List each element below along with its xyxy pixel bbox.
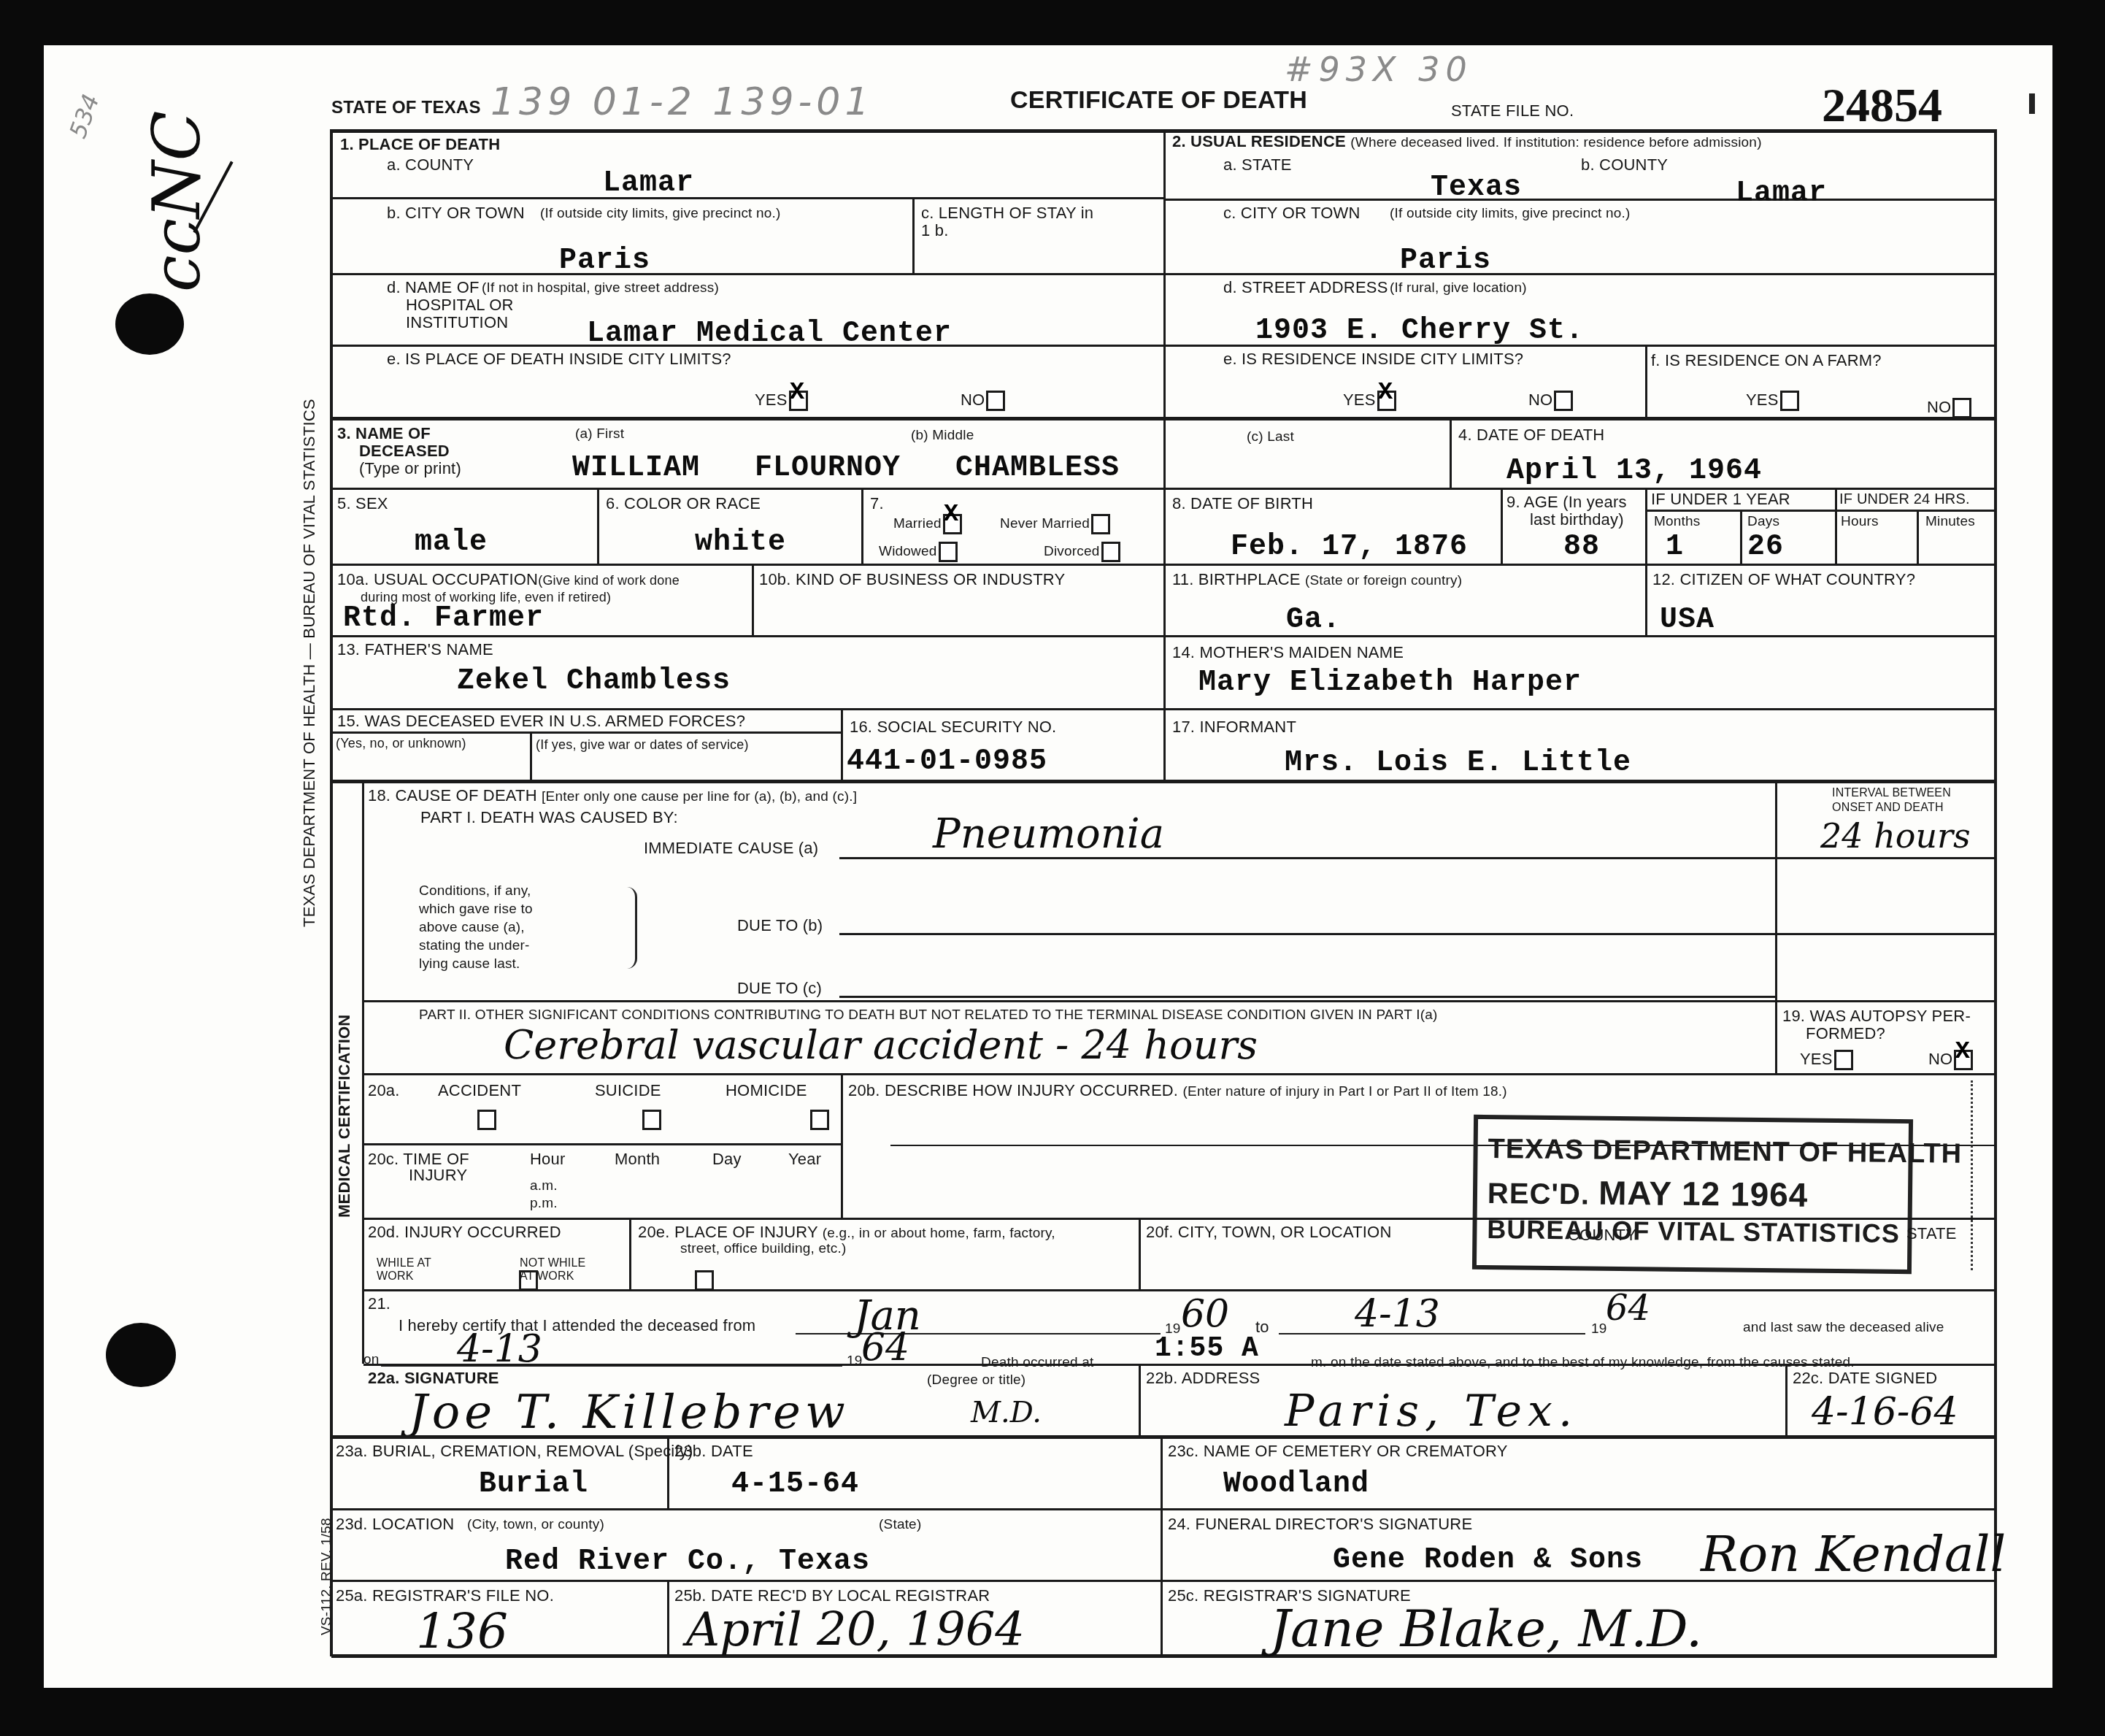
race-label: 6. COLOR OR RACE xyxy=(606,495,761,512)
divider-10b xyxy=(752,565,754,637)
pm-label: p.m. xyxy=(530,1196,558,1211)
checkbox-yes-checked[interactable] xyxy=(789,391,808,411)
injury-occurred-label: 20d. INJURY OCCURRED xyxy=(368,1224,561,1241)
occupation-value: Rtd. Farmer xyxy=(343,603,544,635)
funeral-director-value: Gene Roden & Sons xyxy=(1333,1545,1643,1577)
describe-label-text: 20b. DESCRIBE HOW INJURY OCCURRED. xyxy=(848,1081,1178,1099)
date-of-death-label: 4. DATE OF DEATH xyxy=(1458,426,1604,444)
signature-label: 22a. SIGNATURE xyxy=(368,1370,499,1387)
line-21 xyxy=(363,1289,1994,1291)
autopsy-label: 19. WAS AUTOPSY PER- xyxy=(1782,1007,1971,1025)
line-1e xyxy=(333,417,1994,420)
inside-city-limits-label: e. IS PLACE OF DEATH INSIDE CITY LIMITS? xyxy=(387,350,731,368)
yes-text: YES xyxy=(1800,1050,1833,1068)
county-label: a. COUNTY xyxy=(387,156,474,174)
checkbox-no-checked[interactable] xyxy=(1954,1050,1973,1070)
name-of-deceased-label-2: DECEASED xyxy=(359,442,450,460)
under-24-hrs-label: IF UNDER 24 HRS. xyxy=(1839,491,1970,508)
checkbox-yes[interactable] xyxy=(1834,1050,1853,1070)
res-county-label: b. COUNTY xyxy=(1581,156,1668,174)
location-value: Red River Co., Texas xyxy=(505,1546,870,1578)
checkbox-no[interactable] xyxy=(1554,391,1573,411)
line-1a xyxy=(333,197,1163,199)
injury-state-label: STATE xyxy=(1906,1225,1957,1243)
due-to-b-label: DUE TO (b) xyxy=(737,917,823,934)
injury-county-label: COUNTY xyxy=(1568,1226,1636,1244)
birthplace-label: 11. BIRTHPLACE (State or foreign country… xyxy=(1172,571,1462,590)
due-to-c-label: DUE TO (c) xyxy=(737,980,822,997)
county-value: Lamar xyxy=(603,168,694,200)
handwritten-margin-note: ccNC xyxy=(139,111,215,292)
line-23 xyxy=(331,1435,1997,1439)
place-of-injury-hint-2: street, office building, etc.) xyxy=(680,1241,846,1256)
pencil-file-note: #93X 30 xyxy=(1285,50,1473,89)
part2-value: Cerebral vascular accident - 24 hours xyxy=(504,1022,1258,1068)
immediate-cause-value: Pneumonia xyxy=(933,810,1164,858)
medical-inner-border xyxy=(362,781,364,1364)
divider-2f xyxy=(1645,345,1647,418)
divider-20e xyxy=(629,1219,631,1289)
divider-1-2 xyxy=(1163,131,1166,490)
due-to-b-line xyxy=(839,933,1994,935)
mother-label: 14. MOTHER'S MAIDEN NAME xyxy=(1172,644,1404,661)
hospital-label-3: INSTITUTION xyxy=(406,314,508,331)
handwritten-code: 139 01-2 139-01 xyxy=(490,80,874,124)
death-inside-limits-no[interactable]: NO xyxy=(961,391,1005,411)
suicide-checkbox[interactable] xyxy=(642,1110,661,1130)
birthplace-value: Ga. xyxy=(1286,604,1341,637)
res-street-label: d. STREET ADDRESS xyxy=(1223,279,1388,296)
res-city-label: c. CITY OR TOWN xyxy=(1223,204,1361,222)
armed-forces-hint-1: (Yes, no, or unknown) xyxy=(336,736,466,751)
informant-value: Mrs. Lois E. Little xyxy=(1285,748,1631,780)
registrar-date-value: April 20, 1964 xyxy=(686,1603,1025,1657)
physician-signature: Joe T. Killebrew xyxy=(409,1386,850,1440)
res-state-value: Texas xyxy=(1431,172,1522,204)
time-of-injury-label-2: INJURY xyxy=(409,1167,467,1184)
res-farm-yes[interactable]: YES xyxy=(1746,391,1799,411)
mother-value: Mary Elizabeth Harper xyxy=(1198,667,1582,699)
cert-from-line xyxy=(796,1333,1161,1334)
burial-date-value: 4-15-64 xyxy=(731,1469,859,1501)
name-type-or-print: (Type or print) xyxy=(359,460,461,477)
conditions-note-1: Conditions, if any, xyxy=(419,883,531,899)
line-22 xyxy=(363,1364,1994,1366)
dob-value: Feb. 17, 1876 xyxy=(1231,531,1468,564)
conditions-note-5: lying cause last. xyxy=(419,956,520,972)
sex-label: 5. SEX xyxy=(337,495,388,512)
length-of-stay-label: c. LENGTH OF STAY in 1 b. xyxy=(921,204,1104,239)
checkbox-divorced[interactable] xyxy=(1101,542,1120,562)
widowed-text: Widowed xyxy=(879,544,937,559)
never-married-text: Never Married xyxy=(1000,516,1090,531)
cert-text-2: and last saw the deceased alive xyxy=(1743,1320,1944,1335)
months-label: Months xyxy=(1654,514,1701,529)
res-county-value: Lamar xyxy=(1736,178,1827,210)
part2-label: PART II. OTHER SIGNIFICANT CONDITIONS CO… xyxy=(419,1007,1438,1023)
city-hint: (If outside city limits, give precinct n… xyxy=(540,206,781,221)
line-15 xyxy=(333,780,1994,783)
line-under1-sub xyxy=(1647,510,1994,512)
divider-under24 xyxy=(1835,489,1837,565)
punch-hole-bottom xyxy=(106,1323,176,1387)
place-of-death-title: 1. PLACE OF DEATH xyxy=(340,136,500,153)
marital-label: 7. xyxy=(870,495,884,512)
marital-married[interactable]: Married xyxy=(893,514,962,534)
cemetery-value: Woodland xyxy=(1223,1469,1369,1501)
marital-never-married[interactable]: Never Married xyxy=(1000,514,1110,534)
hospital-label-2: HOSPITAL OR xyxy=(406,296,514,314)
dob-label: 8. DATE OF BIRTH xyxy=(1172,495,1313,512)
sex-value: male xyxy=(415,527,488,559)
stamp-date: MAY 12 1964 xyxy=(1598,1174,1809,1214)
checkbox-no[interactable] xyxy=(1952,398,1971,418)
res-city-value: Paris xyxy=(1400,245,1491,277)
father-value: Zekel Chambless xyxy=(457,666,731,698)
accident-checkbox[interactable] xyxy=(477,1110,496,1130)
autopsy-no[interactable]: NO xyxy=(1928,1050,1973,1070)
date-signed-label: 22c. DATE SIGNED xyxy=(1793,1370,1937,1387)
interval-label-2: ONSET AND DEATH xyxy=(1832,802,1944,815)
race-value: white xyxy=(695,527,786,559)
cause-title-text: 18. CAUSE OF DEATH xyxy=(368,786,537,804)
line-part2 xyxy=(363,1000,1994,1002)
occupation-label: 10a. USUAL OCCUPATION(Give kind of work … xyxy=(337,571,680,589)
checkbox-yes[interactable] xyxy=(1780,391,1799,411)
conditions-note-2: which gave rise to xyxy=(419,902,533,917)
occupation-hint: (Give kind of work done xyxy=(538,573,680,588)
middle-name-label: (b) Middle xyxy=(911,428,974,443)
conditions-note-4: stating the under- xyxy=(419,938,529,953)
no-text: NO xyxy=(1928,1050,1952,1068)
not-while-at-work-checkbox[interactable] xyxy=(695,1270,714,1291)
no-text: NO xyxy=(961,391,985,409)
cert-text-3: m. on the date stated above, and to the … xyxy=(1311,1355,1855,1370)
yes-text: YES xyxy=(1746,391,1779,409)
suicide-label: SUICIDE xyxy=(595,1082,661,1099)
conditions-brace xyxy=(626,887,637,969)
res-inside-limits-yes[interactable]: YES xyxy=(1343,391,1396,411)
degree-label: (Degree or title) xyxy=(927,1372,1025,1388)
month-label: Month xyxy=(615,1151,660,1168)
conditions-note-3: above cause (a), xyxy=(419,920,525,935)
state-of-texas-label: STATE OF TEXAS xyxy=(331,99,481,117)
cert-to-value: 4-13 xyxy=(1355,1292,1440,1336)
death-inside-limits-yes[interactable]: YES xyxy=(755,391,808,411)
form-left-border xyxy=(330,129,333,1656)
line-20d xyxy=(363,1218,1994,1220)
location-state-hint: (State) xyxy=(879,1517,921,1532)
registrar-signature: Jane Blake, M.D. xyxy=(1270,1599,1702,1659)
divider-days xyxy=(1740,511,1742,565)
checkbox-yes-checked[interactable] xyxy=(1377,391,1396,411)
no-text: NO xyxy=(1528,391,1552,409)
last-name-label: (c) Last xyxy=(1247,429,1294,445)
death-time-value: 1:55 A xyxy=(1155,1333,1259,1365)
divider-autopsy xyxy=(1775,1002,1777,1073)
residence-title-text: 2. USUAL RESIDENCE xyxy=(1172,132,1346,150)
line-20a xyxy=(363,1073,1994,1075)
burial-label: 23a. BURIAL, CREMATION, REMOVAL (Specify… xyxy=(336,1443,693,1460)
divider-22c xyxy=(1785,1365,1787,1437)
cause-title-hint: [Enter only one cause per line for (a), … xyxy=(542,789,857,804)
place-of-injury-label: 20e. PLACE OF INJURY (e.g., in or about … xyxy=(638,1224,1055,1243)
days-value: 26 xyxy=(1747,531,1784,564)
usual-residence-title: 2. USUAL RESIDENCE (Where deceased lived… xyxy=(1172,133,1762,152)
res-farm-label: f. IS RESIDENCE ON A FARM? xyxy=(1651,352,1882,369)
res-street-hint: (If rural, give location) xyxy=(1390,280,1527,296)
res-inside-limits-label: e. IS RESIDENCE INSIDE CITY LIMITS? xyxy=(1223,350,1523,368)
hours-label: Hours xyxy=(1841,514,1879,529)
homicide-label: HOMICIDE xyxy=(726,1082,807,1099)
not-while-at-work-text: NOT WHILE AT WORK xyxy=(520,1257,585,1283)
stamp-line-1: TEXAS DEPARTMENT OF HEALTH xyxy=(1488,1134,1962,1170)
line-25 xyxy=(331,1580,1997,1582)
divider-8 xyxy=(1163,489,1166,637)
hour-label: Hour xyxy=(530,1151,566,1168)
age-value: 88 xyxy=(1563,531,1600,564)
form-number-label: VS-112. REV. 1/58 xyxy=(318,1518,336,1635)
deceased-full-name: WILLIAM FLOURNOY CHAMBLESS xyxy=(572,453,1120,485)
city-label: b. CITY OR TOWN xyxy=(387,204,525,222)
business-label: 10b. KIND OF BUSINESS OR INDUSTRY xyxy=(759,571,1065,588)
cert-last-seen-year: 64 xyxy=(861,1326,909,1370)
first-name-label: (a) First xyxy=(575,426,624,442)
place-label-text: 20e. PLACE OF INJURY xyxy=(638,1223,818,1241)
autopsy-label-2: FORMED? xyxy=(1806,1025,1885,1042)
hospital-label: d. NAME OF xyxy=(387,279,480,296)
cert-last-seen-year-prefix: 19 xyxy=(847,1353,863,1369)
date-of-death-value: April 13, 1964 xyxy=(1506,456,1762,488)
physician-address: Paris, Tex. xyxy=(1285,1386,1578,1437)
funeral-director-label: 24. FUNERAL DIRECTOR'S SIGNATURE xyxy=(1168,1516,1472,1533)
form-bottom-border xyxy=(331,1654,1997,1658)
checkbox-no[interactable] xyxy=(986,391,1005,411)
res-inside-limits-no[interactable]: NO xyxy=(1528,391,1573,411)
am-label: a.m. xyxy=(530,1178,558,1194)
registrar-file-label: 25a. REGISTRAR'S FILE NO. xyxy=(336,1587,554,1605)
divider-4 xyxy=(1450,419,1452,489)
ssn-label: 16. SOCIAL SECURITY NO. xyxy=(850,718,1056,736)
res-street-value: 1903 E. Cherry St. xyxy=(1255,315,1584,347)
yes-text: YES xyxy=(1343,391,1376,409)
location-hint: (City, town, or county) xyxy=(467,1517,604,1532)
citizen-value: USA xyxy=(1660,604,1715,637)
year-label: Year xyxy=(788,1151,821,1168)
city-value: Paris xyxy=(559,245,650,277)
occupation-label-text: 10a. USUAL OCCUPATION xyxy=(337,570,538,588)
divider-23c xyxy=(1161,1437,1163,1656)
birthplace-hint: (State or foreign country) xyxy=(1305,573,1462,588)
registrar-file-value: 136 xyxy=(416,1603,508,1659)
date-signed-value: 4-16-64 xyxy=(1812,1390,1958,1434)
file-number-tick xyxy=(2029,93,2035,114)
while-at-work-text: WHILE AT WORK xyxy=(377,1257,431,1283)
medical-certification-label: MEDICAL CERTIFICATION xyxy=(336,1015,353,1218)
injury-type-label: 20a. xyxy=(368,1082,400,1099)
days-label: Days xyxy=(1747,514,1779,529)
divider-7 xyxy=(861,489,863,565)
interval-value: 24 hours xyxy=(1820,816,1971,856)
autopsy-yes[interactable]: YES xyxy=(1800,1050,1853,1070)
homicide-checkbox[interactable] xyxy=(810,1110,829,1130)
divider-minutes xyxy=(1917,511,1919,565)
state-file-number: 24854 xyxy=(1822,80,1942,131)
received-stamp: TEXAS DEPARTMENT OF HEALTH REC'D. MAY 12… xyxy=(1472,1115,1913,1274)
divider-16 xyxy=(841,710,843,781)
funeral-director-signature: Ron Kendall xyxy=(1701,1526,2006,1583)
armed-forces-label: 15. WAS DECEASED EVER IN U.S. ARMED FORC… xyxy=(337,713,745,730)
death-occurred-label: Death occurred at xyxy=(981,1355,1093,1370)
line-1d xyxy=(333,345,1994,347)
yes-text: YES xyxy=(755,391,788,409)
day-label: Day xyxy=(712,1151,742,1168)
divider-22b xyxy=(1139,1365,1141,1437)
cert-to-year-prefix: 19 xyxy=(1591,1321,1607,1337)
immediate-cause-label: IMMEDIATE CAUSE (a) xyxy=(644,840,818,857)
burial-date-label: 23b. DATE xyxy=(674,1443,753,1460)
describe-injury-label: 20b. DESCRIBE HOW INJURY OCCURRED. (Ente… xyxy=(848,1082,1507,1101)
physician-degree: M.D. xyxy=(971,1396,1042,1429)
minutes-label: Minutes xyxy=(1925,514,1975,529)
line-2a xyxy=(1166,199,1994,201)
divorced-text: Divorced xyxy=(1044,544,1100,559)
ssn-value: 441-01-0985 xyxy=(847,746,1047,778)
divider-20b xyxy=(841,1075,843,1218)
due-to-c-line xyxy=(839,996,1775,998)
res-state-label: a. STATE xyxy=(1223,156,1292,174)
injury-city-label: 20f. CITY, TOWN, OR LOCATION xyxy=(1146,1224,1391,1241)
interval-line-a xyxy=(1777,857,1994,859)
age-label: 9. AGE (In years xyxy=(1506,493,1627,511)
line-15-sub xyxy=(333,731,841,734)
res-city-hint: (If outside city limits, give precinct n… xyxy=(1390,206,1631,221)
name-of-deceased-label: 3. NAME OF xyxy=(337,425,431,442)
cert-to-year: 64 xyxy=(1606,1288,1650,1329)
hospital-value: Lamar Medical Center xyxy=(587,318,952,350)
location-label: 23d. LOCATION xyxy=(336,1516,454,1533)
line-5 xyxy=(333,564,1994,566)
stamp-line-2: REC'D. MAY 12 1964 xyxy=(1488,1172,1809,1215)
describe-hint: (Enter nature of injury in Part I or Par… xyxy=(1183,1084,1507,1099)
checkbox-married-checked[interactable] xyxy=(943,514,962,534)
cert-from-year: 60 xyxy=(1181,1292,1229,1336)
divider-20f xyxy=(1139,1219,1141,1289)
father-label: 13. FATHER'S NAME xyxy=(337,641,493,658)
residence-title-hint: (Where deceased lived. If institution: r… xyxy=(1350,135,1761,150)
part1-label: PART I. DEATH WAS CAUSED BY: xyxy=(420,809,678,826)
age-label-2: last birthday) xyxy=(1530,511,1624,529)
line-20c xyxy=(363,1143,841,1145)
checkbox-widowed[interactable] xyxy=(939,542,958,562)
dept-vertical-label: TEXAS DEPARTMENT OF HEALTH — BUREAU OF V… xyxy=(301,399,318,927)
months-value: 1 xyxy=(1666,531,1684,564)
under-1-year-label: IF UNDER 1 YEAR xyxy=(1651,491,1790,508)
divider-9 xyxy=(1501,489,1503,565)
stamp-recd: REC'D. xyxy=(1488,1178,1590,1210)
divider-1c xyxy=(912,197,915,273)
while-at-work[interactable]: WHILE AT WORK xyxy=(377,1257,457,1283)
divider-15b xyxy=(530,731,532,781)
address-label: 22b. ADDRESS xyxy=(1146,1370,1260,1387)
line-13 xyxy=(333,708,1994,710)
dotted-margin-line xyxy=(1971,1080,1973,1270)
certificate-title: CERTIFICATE OF DEATH xyxy=(1010,86,1307,114)
not-while-at-work[interactable]: NOT WHILE AT WORK xyxy=(520,1257,600,1283)
divider-25b xyxy=(667,1581,669,1656)
divider-6 xyxy=(597,489,599,565)
cause-title: 18. CAUSE OF DEATH [Enter only one cause… xyxy=(368,787,857,806)
citizen-label: 12. CITIZEN OF WHAT COUNTRY? xyxy=(1652,571,1915,588)
hospital-hint: (If not in hospital, give street address… xyxy=(482,280,719,296)
res-farm-no[interactable]: NO xyxy=(1927,398,1971,418)
no-text: NO xyxy=(1927,398,1951,416)
marital-divorced[interactable]: Divorced xyxy=(1044,542,1120,562)
married-text: Married xyxy=(893,516,942,531)
form-right-border xyxy=(1994,129,1997,1656)
cert-number: 21. xyxy=(368,1295,390,1313)
cert-text-1: I hereby certify that I attended the dec… xyxy=(399,1317,755,1334)
armed-forces-hint-2: (If yes, give war or dates of service) xyxy=(536,737,749,753)
state-file-label: STATE FILE NO. xyxy=(1451,102,1574,120)
place-hint-1: (e.g., in or about home, farm, factory, xyxy=(823,1226,1055,1241)
line-23d xyxy=(331,1508,1997,1510)
interval-label-1: INTERVAL BETWEEN xyxy=(1832,787,1951,800)
checkbox-never-married[interactable] xyxy=(1091,514,1110,534)
accident-label: ACCIDENT xyxy=(438,1082,521,1099)
burial-value: Burial xyxy=(479,1469,588,1501)
informant-label: 17. INFORMANT xyxy=(1172,718,1296,736)
registrar-date-label: 25b. DATE REC'D BY LOCAL REGISTRAR xyxy=(674,1587,990,1605)
punch-hole-top xyxy=(115,293,184,355)
birthplace-label-text: 11. BIRTHPLACE xyxy=(1172,570,1301,588)
marital-widowed[interactable]: Widowed xyxy=(879,542,958,562)
cemetery-label: 23c. NAME OF CEMETERY OR CREMATORY xyxy=(1168,1443,1508,1460)
